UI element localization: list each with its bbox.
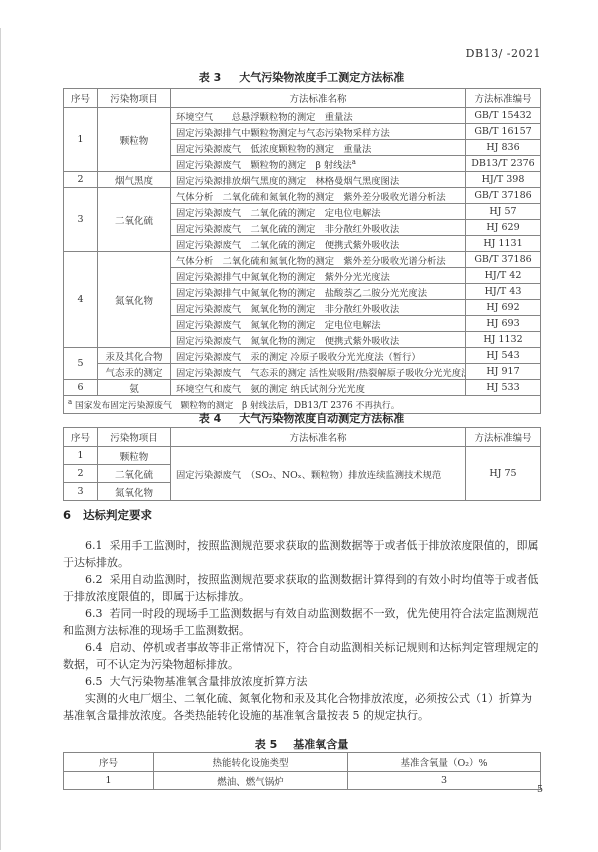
cell-method-code: HJ 533 <box>466 380 541 396</box>
clause-text: 采用手工监测时，按照监测规范要求获取的监测数据等于或者低于排放浓度限值的，即属于… <box>63 539 539 569</box>
cell-method-name: 气体分析 二氧化硫和氮氧化物的测定 紫外差分吸收光谱分析法 <box>171 188 466 204</box>
cell-method-code: HJ/T 42 <box>466 268 541 284</box>
cell-serial: 1 <box>64 447 98 465</box>
clause-6-3: 6.3若同一时段的现场手工监测数据与有效自动监测数据不一致，优先使用符合法定监测… <box>63 605 540 639</box>
cell-method-code: GB/T 37186 <box>466 188 541 204</box>
section-heading: 6达标判定要求 <box>63 507 540 523</box>
cell-method-name: 固定污染源废气 氮氧化物的测定 定电位电解法 <box>171 316 466 332</box>
col-header-serial: 序号 <box>64 428 98 447</box>
clause-6-5: 6.5大气污染物基准氧含量排放浓度折算方法 <box>63 673 540 690</box>
document-page: DB13/ -2021 表 3 大气污染物浓度手工测定方法标准 序号 污染物项目… <box>0 0 598 852</box>
cell-pollutant: 颗粒物 <box>98 447 171 465</box>
table4-caption-label: 表 4 <box>199 411 221 426</box>
cell-method-code: DB13/T 2376 <box>466 156 541 172</box>
scan-edge-artifact <box>0 28 1 850</box>
clause-text: 启动、停机或者事故等非正常情况下，符合自动监测相关标记规则和达标判定管理规定的数… <box>63 641 539 671</box>
clause-number: 6.1 <box>85 539 103 552</box>
clause-number: 6.2 <box>85 573 103 586</box>
table5-caption: 表 5 基准氧含量 <box>63 737 540 752</box>
table-row: 气态汞的测定 固定污染源废气 气态汞的测定 活性炭吸附/热裂解原子吸收分光光度法… <box>64 364 541 380</box>
cell-method-code: HJ/T 43 <box>466 284 541 300</box>
cell-serial: 3 <box>64 483 98 501</box>
cell-method-name: 固定污染源排气中颗粒物测定与气态污染物采样方法 <box>171 124 466 140</box>
cell-method-code: GB/T 37186 <box>466 252 541 268</box>
table4-auto-methods: 序号 污染物项目 方法标准名称 方法标准编号 1 颗粒物 固定污染源废气 （SO… <box>63 427 541 501</box>
cell-method-code: GB/T 15432 <box>466 108 541 124</box>
col-header-method-code: 方法标准编号 <box>466 89 541 108</box>
clause-6-2: 6.2采用自动监测时，按照监测规范要求获取的监测数据计算得到的有效小时均值等于或… <box>63 571 540 605</box>
cell-method-code: HJ 629 <box>466 220 541 236</box>
cell-serial: 4 <box>64 252 98 348</box>
cell-pollutant: 汞及其化合物 <box>98 348 171 364</box>
cell-method-name: 固定污染源废气 汞的测定 冷原子吸收分光光度法（暂行） <box>171 348 466 364</box>
col-header-serial: 序号 <box>64 753 154 772</box>
cell-method-code: HJ/T 398 <box>466 172 541 188</box>
clause-number: 6.5 <box>85 675 103 688</box>
cell-serial: 5 <box>64 348 98 380</box>
col-header-method-code: 方法标准编号 <box>466 428 541 447</box>
table-row: 1 颗粒物 固定污染源废气 （SO₂、NOₓ、颗粒物）排放连续监测技术规范 HJ… <box>64 447 541 465</box>
table5-caption-title: 基准氧含量 <box>293 737 348 752</box>
footnote-marker: a <box>68 398 72 406</box>
table-row: 6 氨 环境空气和废气 氨的测定 纳氏试剂分光光度 HJ 533 <box>64 380 541 396</box>
table5-caption-label: 表 5 <box>255 737 277 752</box>
cell-method-name: 固定污染源废气 氮氧化物的测定 非分散红外吸收法 <box>171 300 466 316</box>
table3-caption-label: 表 3 <box>199 70 221 85</box>
clause-text: 若同一时段的现场手工监测数据与有效自动监测数据不一致，优先使用符合法定监测规范和… <box>63 607 539 637</box>
clause-text: 大气污染物基准氧含量排放浓度折算方法 <box>110 675 308 688</box>
table4-caption: 表 4 大气污染物浓度自动测定方法标准 <box>63 411 540 426</box>
table3-caption-title: 大气污染物浓度手工测定方法标准 <box>239 70 404 85</box>
section-number: 6 <box>63 508 71 522</box>
cell-method-name: 固定污染源废气 低浓度颗粒物的测定 重量法 <box>171 140 466 156</box>
cell-method-code: HJ 917 <box>466 364 541 380</box>
cell-pollutant: 烟气黑度 <box>98 172 171 188</box>
cell-method-name: 固定污染源废气 （SO₂、NOₓ、颗粒物）排放连续监测技术规范 <box>171 447 466 501</box>
cell-serial: 6 <box>64 380 98 396</box>
col-header-method-name: 方法标准名称 <box>171 89 466 108</box>
footnote-text: 国家发布固定污染源废气 颗粒物的测定 β 射线法后，DB13/T 2376 不再… <box>75 401 400 411</box>
cell-facility-type: 燃油、燃气锅炉 <box>154 772 348 790</box>
cell-pollutant: 二氧化硫 <box>98 465 171 483</box>
cell-serial: 1 <box>64 772 154 790</box>
table-header-row: 序号 污染物项目 方法标准名称 方法标准编号 <box>64 428 541 447</box>
cell-pollutant: 颗粒物 <box>98 108 171 172</box>
table3-caption: 表 3 大气污染物浓度手工测定方法标准 <box>63 70 540 85</box>
cell-serial: 3 <box>64 188 98 252</box>
cell-method-code: HJ 543 <box>466 348 541 364</box>
cell-method-name: 固定污染源废气 气态汞的测定 活性炭吸附/热裂解原子吸收分光光度法 <box>171 364 466 380</box>
col-header-facility-type: 热能转化设施类型 <box>154 753 348 772</box>
clause-6-4: 6.4启动、停机或者事故等非正常情况下，符合自动监测相关标记规则和达标判定管理规… <box>63 639 540 673</box>
cell-method-code: HJ 836 <box>466 140 541 156</box>
cell-serial: 1 <box>64 108 98 172</box>
clause-text: 采用自动监测时，按照监测规范要求获取的监测数据计算得到的有效小时均值等于或者低于… <box>63 573 539 603</box>
cell-method-code: GB/T 16157 <box>466 124 541 140</box>
cell-pollutant: 氨 <box>98 380 171 396</box>
cell-method-name: 固定污染源废气 二氧化硫的测定 非分散红外吸收法 <box>171 220 466 236</box>
table5-reference-oxygen: 序号 热能转化设施类型 基准含氧量（O₂）% 1 燃油、燃气锅炉 3 <box>63 752 541 790</box>
cell-method-name: 环境空气和废气 氨的测定 纳氏试剂分光光度 <box>171 380 466 396</box>
cell-pollutant: 氮氧化物 <box>98 483 171 501</box>
col-header-oxygen-content: 基准含氧量（O₂）% <box>348 753 541 772</box>
table4-caption-title: 大气污染物浓度自动测定方法标准 <box>239 411 404 426</box>
footnote-marker: a <box>352 157 356 165</box>
cell-method-code: HJ 692 <box>466 300 541 316</box>
cell-method-name: 固定污染源排放烟气黑度的测定 林格曼烟气黑度图法 <box>171 172 466 188</box>
cell-oxygen-value: 3 <box>348 772 541 790</box>
table-row: 4 氮氧化物 气体分析 二氧化硫和氮氧化物的测定 紫外差分吸收光谱分析法 GB/… <box>64 252 541 268</box>
col-header-pollutant: 污染物项目 <box>98 428 171 447</box>
cell-pollutant: 气态汞的测定 <box>98 364 171 380</box>
table-row: 5 汞及其化合物 固定污染源废气 汞的测定 冷原子吸收分光光度法（暂行） HJ … <box>64 348 541 364</box>
section-body-paragraph: 实测的火电厂烟尘、二氧化硫、氮氧化物和汞及其化合物排放浓度，必须按公式（1）折算… <box>63 690 540 724</box>
col-header-serial: 序号 <box>64 89 98 108</box>
cell-method-name: 固定污染源废气 颗粒物的测定 β 射线法a <box>171 156 466 172</box>
section-title: 达标判定要求 <box>83 508 152 522</box>
cell-method-name: 固定污染源废气 二氧化硫的测定 便携式紫外吸收法 <box>171 236 466 252</box>
section-6: 6达标判定要求 6.1采用手工监测时，按照监测规范要求获取的监测数据等于或者低于… <box>63 507 540 790</box>
table3-manual-methods: 序号 污染物项目 方法标准名称 方法标准编号 1 颗粒物 环境空气 总悬浮颗粒物… <box>63 88 541 414</box>
table-header-row: 序号 污染物项目 方法标准名称 方法标准编号 <box>64 89 541 108</box>
cell-method-name: 环境空气 总悬浮颗粒物的测定 重量法 <box>171 108 466 124</box>
table-row: 1 颗粒物 环境空气 总悬浮颗粒物的测定 重量法 GB/T 15432 <box>64 108 541 124</box>
cell-method-code: HJ 75 <box>466 447 541 501</box>
cell-method-code: HJ 693 <box>466 316 541 332</box>
cell-method-name: 固定污染源废气 氮氧化物的测定 便携式紫外吸收法 <box>171 332 466 348</box>
table-row: 1 燃油、燃气锅炉 3 <box>64 772 541 790</box>
table-row: 2 烟气黑度 固定污染源排放烟气黑度的测定 林格曼烟气黑度图法 HJ/T 398 <box>64 172 541 188</box>
cell-method-code: HJ 1132 <box>466 332 541 348</box>
page-number: 5 <box>537 784 543 795</box>
cell-method-name: 固定污染源排气中氮氧化物的测定 盐酸萘乙二胺分光光度法 <box>171 284 466 300</box>
cell-method-name: 固定污染源排气中氮氧化物的测定 紫外分光光度法 <box>171 268 466 284</box>
col-header-pollutant: 污染物项目 <box>98 89 171 108</box>
cell-method-code: HJ 1131 <box>466 236 541 252</box>
cell-method-name: 固定污染源废气 二氧化硫的测定 定电位电解法 <box>171 204 466 220</box>
cell-method-name: 气体分析 二氧化硫和氮氧化物的测定 紫外差分吸收光谱分析法 <box>171 252 466 268</box>
cell-serial: 2 <box>64 172 98 188</box>
clause-number: 6.3 <box>85 607 103 620</box>
cell-pollutant: 氮氧化物 <box>98 252 171 348</box>
col-header-method-name: 方法标准名称 <box>171 428 466 447</box>
doc-code: DB13/ -2021 <box>466 47 541 60</box>
table-header-row: 序号 热能转化设施类型 基准含氧量（O₂）% <box>64 753 541 772</box>
method-name-text: 固定污染源废气 颗粒物的测定 β 射线法 <box>176 160 352 171</box>
cell-method-code: HJ 57 <box>466 204 541 220</box>
clause-number: 6.4 <box>85 641 103 654</box>
cell-serial: 2 <box>64 465 98 483</box>
clause-6-1: 6.1采用手工监测时，按照监测规范要求获取的监测数据等于或者低于排放浓度限值的，… <box>63 537 540 571</box>
table-row: 3 二氧化硫 气体分析 二氧化硫和氮氧化物的测定 紫外差分吸收光谱分析法 GB/… <box>64 188 541 204</box>
cell-pollutant: 二氧化硫 <box>98 188 171 252</box>
